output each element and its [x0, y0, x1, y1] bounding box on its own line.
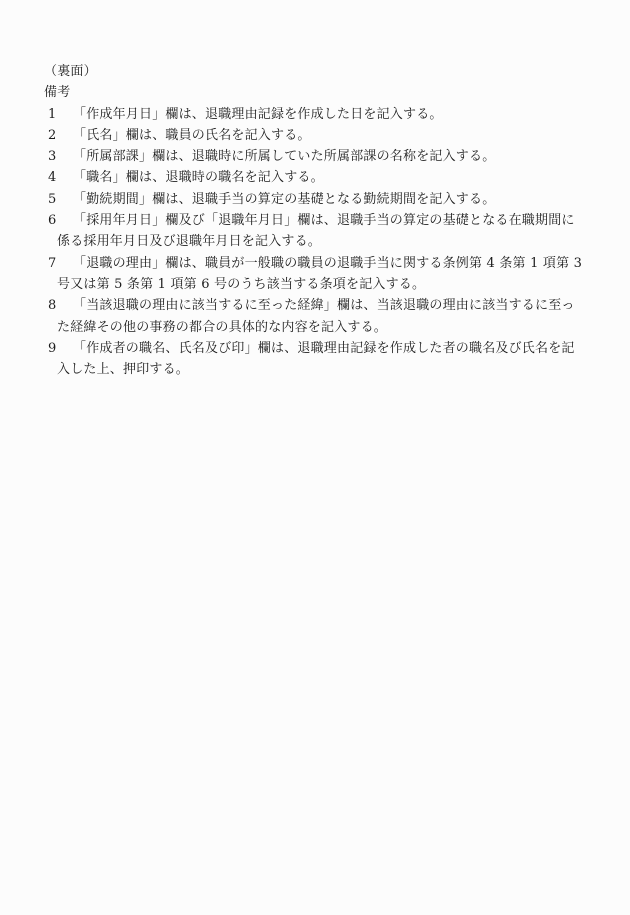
note-line: 号又は第 5 条第 1 項第 6 号のうち該当する条項を記入する。	[44, 274, 586, 295]
note-line: た経緯その他の事務の都合の具体的な内容を記入する。	[44, 317, 586, 338]
note-line: 「氏名」欄は、職員の氏名を記入する。	[73, 128, 311, 143]
note-item-5: 5「勤続期間」欄は、退職手当の算定の基礎となる勤続期間を記入する。	[44, 189, 586, 210]
note-line: 係る採用年月日及び退職年月日を記入する。	[44, 231, 586, 252]
note-item-8: 8「当該退職の理由に該当するに至った経緯」欄は、当該退職の理由に該当するに至っ …	[44, 295, 586, 338]
note-number: 6	[48, 210, 73, 231]
note-line: 「採用年月日」欄及び「退職年月日」欄は、退職手当の算定の基礎となる在職期間に	[73, 213, 575, 228]
note-item-2: 2「氏名」欄は、職員の氏名を記入する。	[44, 125, 586, 146]
note-line: 「退職の理由」欄は、職員が一般職の職員の退職手当に関する条例第 4 条第 1 項…	[73, 256, 582, 271]
notes-heading: 備考	[44, 82, 586, 103]
note-number: 8	[48, 295, 73, 316]
back-side-label: （裏面）	[44, 61, 586, 82]
note-line: 「作成年月日」欄は、退職理由記録を作成した日を記入する。	[73, 107, 443, 122]
note-line: 「当該退職の理由に該当するに至った経緯」欄は、当該退職の理由に該当するに至っ	[73, 298, 575, 313]
document-page: （裏面） 備考 1「作成年月日」欄は、退職理由記録を作成した日を記入する。 2「…	[0, 0, 630, 915]
note-number: 4	[48, 167, 73, 188]
note-line: 「職名」欄は、退職時の職名を記入する。	[73, 170, 324, 185]
note-number: 1	[48, 104, 73, 125]
note-line: 入した上、押印する。	[44, 359, 586, 380]
note-item-9: 9「作成者の職名、氏名及び印」欄は、退職理由記録を作成した者の職名及び氏名を記 …	[44, 338, 586, 381]
note-item-3: 3「所属部課」欄は、退職時に所属していた所属部課の名称を記入する。	[44, 146, 586, 167]
note-line: 「所属部課」欄は、退職時に所属していた所属部課の名称を記入する。	[73, 149, 495, 164]
note-number: 5	[48, 189, 73, 210]
note-number: 9	[48, 338, 73, 359]
note-line: 「作成者の職名、氏名及び印」欄は、退職理由記録を作成した者の職名及び氏名を記	[73, 341, 575, 356]
note-number: 2	[48, 125, 73, 146]
note-number: 3	[48, 146, 73, 167]
note-item-6: 6「採用年月日」欄及び「退職年月日」欄は、退職手当の算定の基礎となる在職期間に …	[44, 210, 586, 253]
note-item-4: 4「職名」欄は、退職時の職名を記入する。	[44, 167, 586, 188]
note-item-7: 7「退職の理由」欄は、職員が一般職の職員の退職手当に関する条例第 4 条第 1 …	[44, 253, 586, 296]
note-item-1: 1「作成年月日」欄は、退職理由記録を作成した日を記入する。	[44, 104, 586, 125]
note-line: 「勤続期間」欄は、退職手当の算定の基礎となる勤続期間を記入する。	[73, 192, 495, 207]
note-number: 7	[48, 253, 73, 274]
